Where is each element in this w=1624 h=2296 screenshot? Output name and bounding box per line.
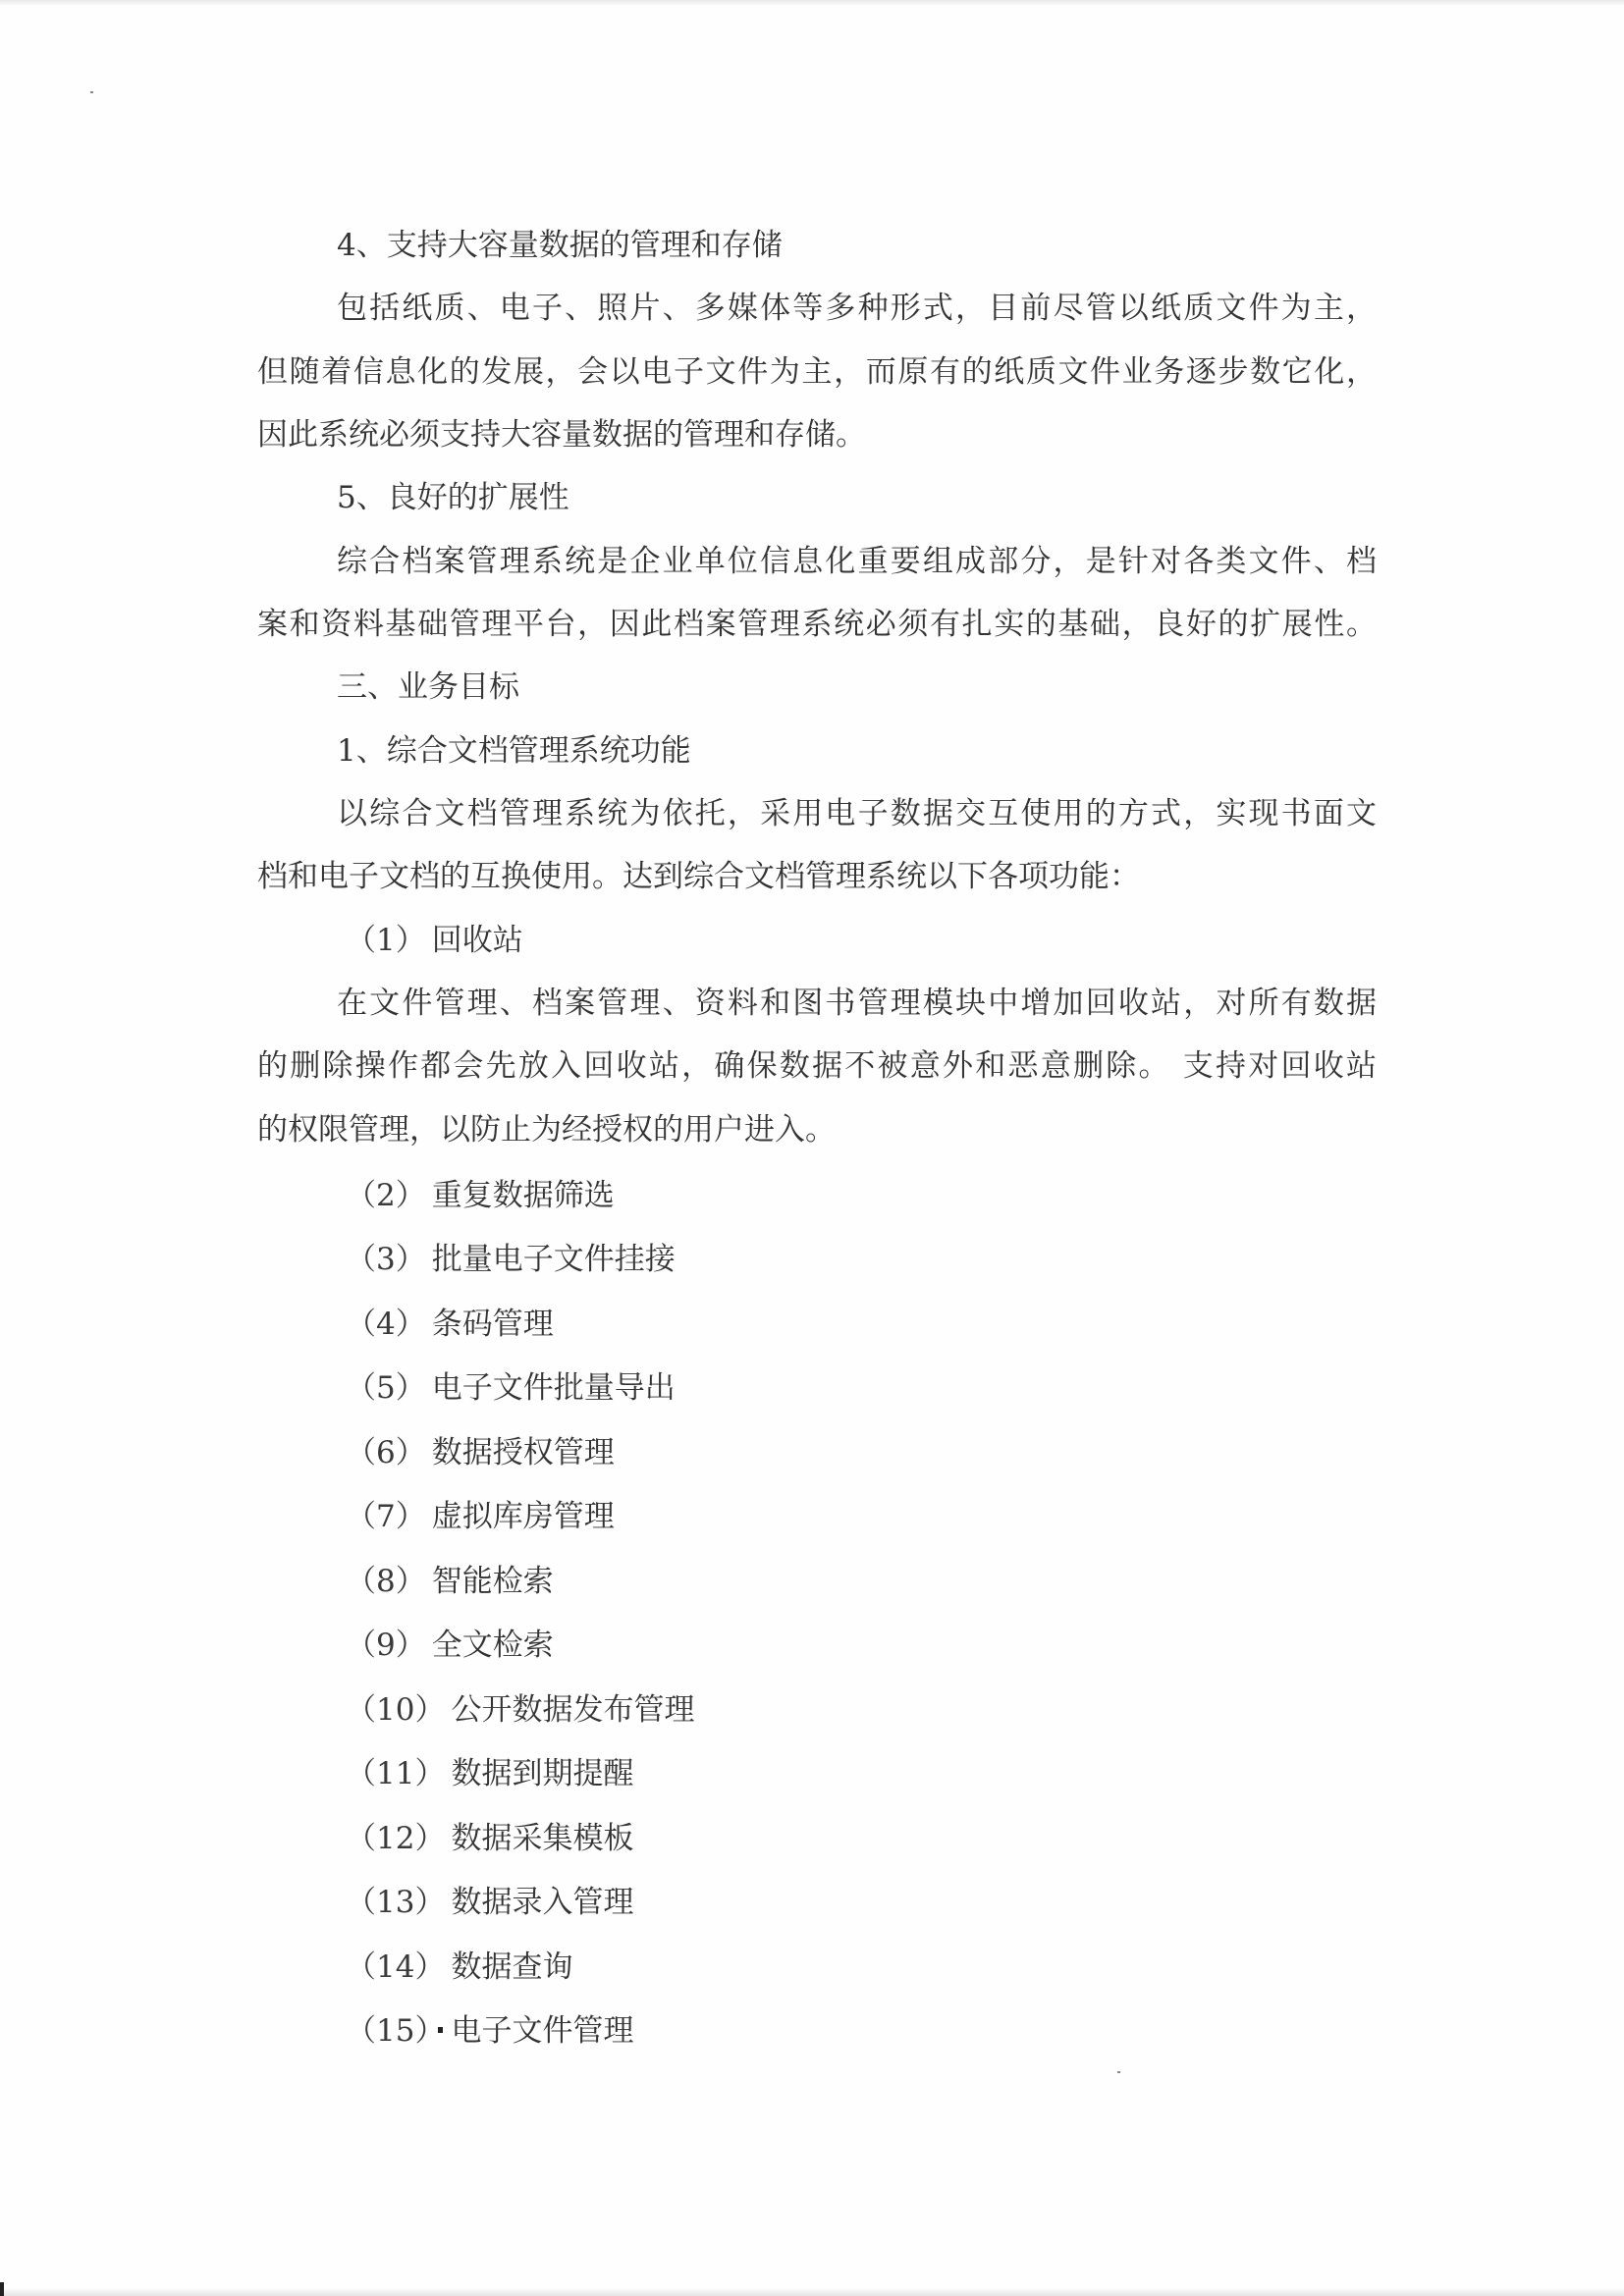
- paragraph-line: 包括纸质、电子、照片、多媒体等多种形式，目前尽管以纸质文件为主，: [337, 289, 1377, 328]
- list-item: （13）数据录入管理: [346, 1883, 633, 1922]
- list-item: （15）电子文件管理: [346, 2011, 633, 2051]
- list-item: （7）虚拟库房管理: [346, 1497, 615, 1536]
- list-item: （8）智能检索: [346, 1562, 554, 1601]
- list-item-label: 全文检索: [432, 1628, 554, 1663]
- paragraph-line: 综合档案管理系统是企业单位信息化重要组成部分，是针对各类文件、档: [337, 542, 1377, 581]
- list-item-number: （2）: [346, 1176, 426, 1215]
- list-item-label: 虚拟库房管理: [432, 1499, 615, 1534]
- list-item: （9）全文检索: [346, 1626, 554, 1665]
- paragraph-line: 但随着信息化的发展，会以电子文件为主，而原有的纸质文件业务逐步数它化，: [257, 352, 1377, 392]
- list-item-number: （5）: [346, 1368, 426, 1408]
- paragraph-line: 的权限管理，以防止为经授权的用户进入。: [257, 1110, 836, 1149]
- list-item: （6）数据授权管理: [346, 1433, 615, 1472]
- scan-speck: [90, 91, 93, 93]
- list-item-number: （6）: [346, 1433, 426, 1472]
- list-item-label: 回收站: [432, 923, 523, 958]
- paragraph-line: 因此系统必须支持大容量数据的管理和存储。: [257, 415, 866, 454]
- list-item-label: 公开数据发布管理: [451, 1692, 694, 1728]
- list-item: （11）数据到期提醒: [346, 1754, 633, 1793]
- paragraph-line: 案和资料基础管理平台，因此档案管理系统必须有扎实的基础，良好的扩展性。: [257, 605, 1377, 644]
- section-heading: 4、支持大容量数据的管理和存储: [337, 226, 783, 265]
- list-item: （2）重复数据筛选: [346, 1176, 615, 1215]
- subsection-heading: 1、综合文档管理系统功能: [337, 731, 691, 771]
- list-item-label: 电子文件批量导出: [432, 1370, 676, 1406]
- list-item-number: （15）: [346, 2011, 445, 2051]
- list-item-number: （3）: [346, 1240, 426, 1279]
- list-item-label: 智能检索: [432, 1564, 554, 1599]
- list-item: （1）回收站: [346, 921, 523, 960]
- list-item: （3）批量电子文件挂接: [346, 1240, 676, 1279]
- scan-edge-top: [0, 0, 1624, 6]
- chapter-heading: 三、业务目标: [337, 667, 519, 707]
- list-item-number: （11）: [346, 1754, 445, 1793]
- scan-speck: [1117, 2071, 1120, 2073]
- list-item-label: 数据授权管理: [432, 1435, 615, 1470]
- list-item-number: （9）: [346, 1626, 426, 1665]
- list-item: （5）电子文件批量导出: [346, 1368, 676, 1408]
- section-heading: 5、良好的扩展性: [337, 478, 569, 517]
- paragraph-line: 的删除操作都会先放入回收站，确保数据不被意外和恶意删除。 支持对回收站: [257, 1046, 1377, 1086]
- list-item-number: （12）: [346, 1819, 445, 1858]
- list-item-number: （10）: [346, 1690, 445, 1730]
- list-item-label: 批量电子文件挂接: [432, 1242, 676, 1277]
- list-item: （12）数据采集模板: [346, 1819, 633, 1858]
- list-item-number: （7）: [346, 1497, 426, 1536]
- list-item-label: 数据到期提醒: [451, 1756, 633, 1791]
- scanned-page: 4、支持大容量数据的管理和存储 包括纸质、电子、照片、多媒体等多种形式，目前尽管…: [0, 0, 1624, 2296]
- list-item-label: 数据查询: [451, 1949, 572, 1985]
- scan-edge-bottom: [0, 2288, 1624, 2296]
- list-item-label: 数据采集模板: [451, 1821, 633, 1856]
- list-item: （4）条码管理: [346, 1305, 554, 1344]
- list-item-number: （8）: [346, 1562, 426, 1601]
- list-item-number: （13）: [346, 1883, 445, 1922]
- list-item-label: 条码管理: [432, 1307, 554, 1342]
- list-item-number: （4）: [346, 1305, 426, 1344]
- list-item-number: （1）: [346, 921, 426, 960]
- list-item-label: 重复数据筛选: [432, 1178, 615, 1213]
- paragraph-line: 在文件管理、档案管理、资料和图书管理模块中增加回收站，对所有数据: [337, 984, 1377, 1023]
- list-item-label: 数据录入管理: [451, 1885, 633, 1920]
- list-item-label: 电子文件管理: [451, 2013, 633, 2049]
- paragraph-line: 以综合文档管理系统为依托，采用电子数据交互使用的方式，实现书面文: [337, 794, 1377, 833]
- paragraph-line: 档和电子文档的互换使用。达到综合文档管理系统以下各项功能：: [257, 857, 1140, 896]
- list-item: （14）数据查询: [346, 1948, 572, 1987]
- scan-corner-mark: [0, 2282, 4, 2296]
- list-item-number: （14）: [346, 1948, 445, 1987]
- list-item: （10）公开数据发布管理: [346, 1690, 694, 1730]
